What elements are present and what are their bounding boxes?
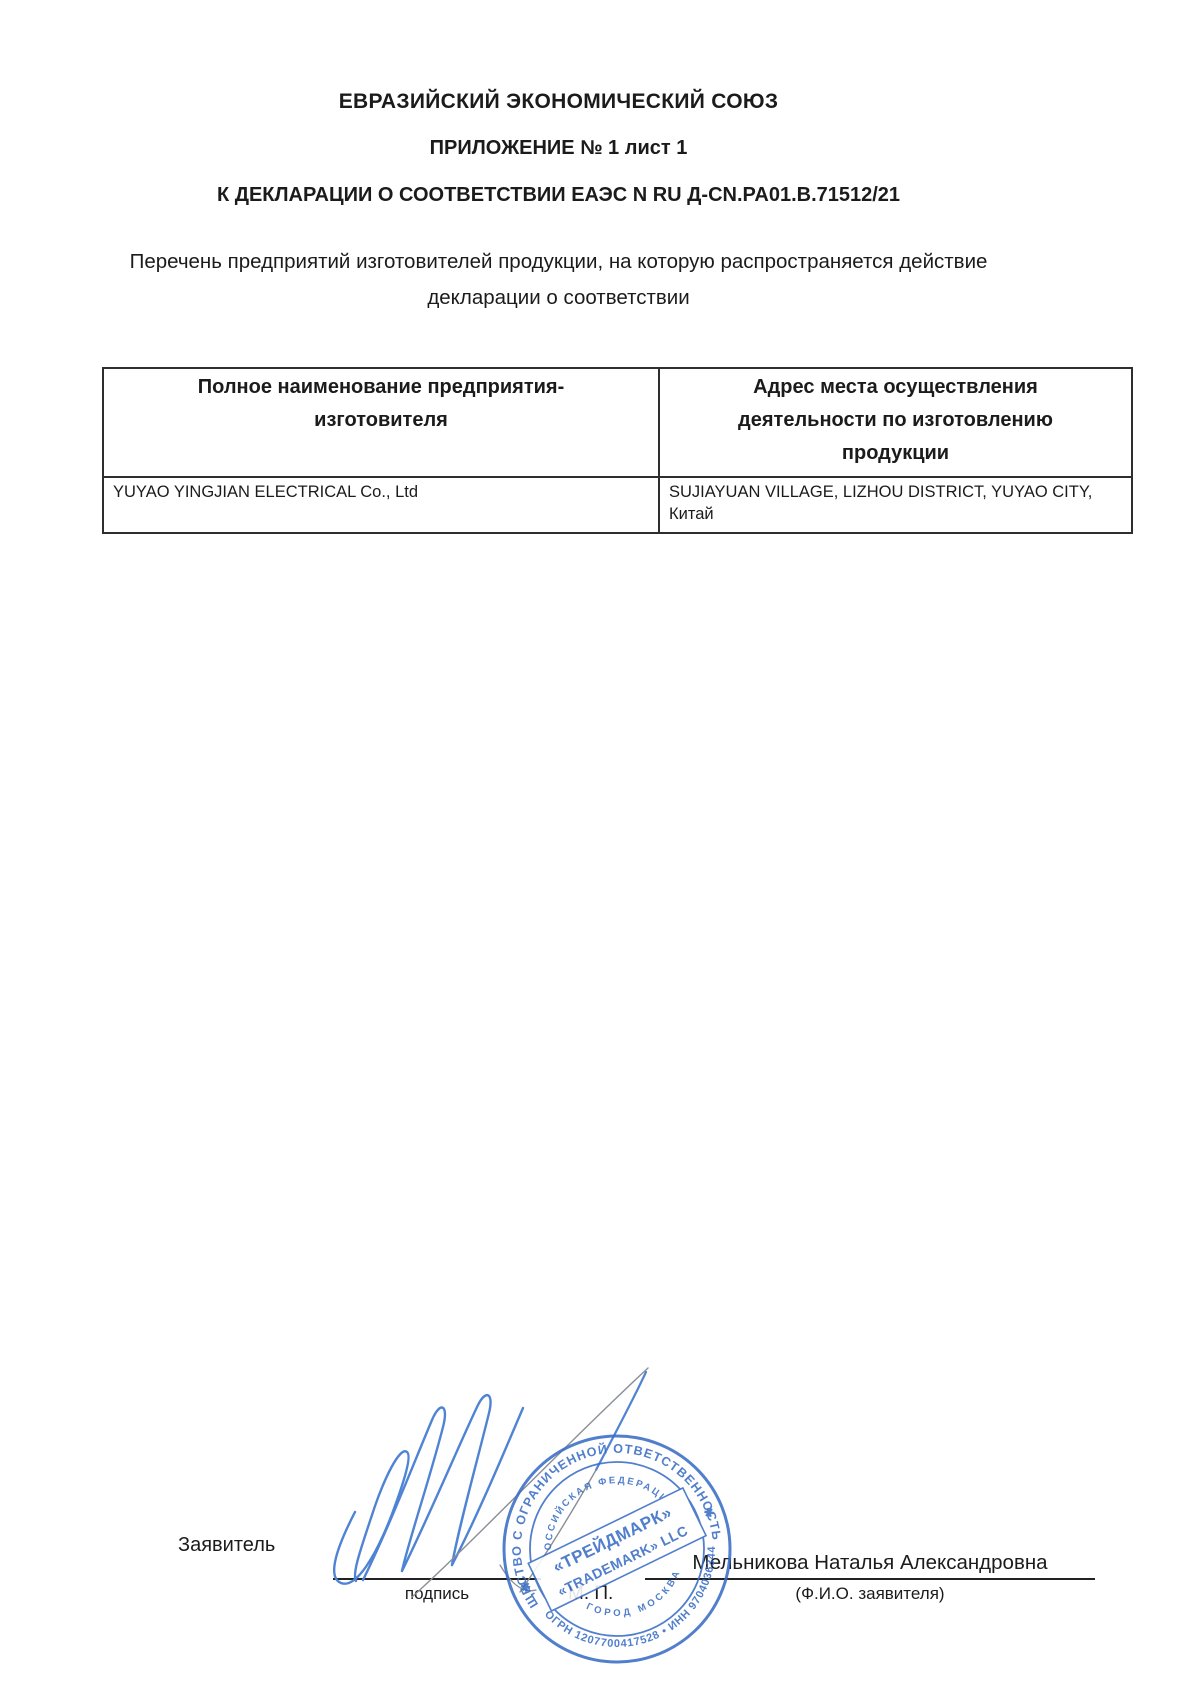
table-row: YUYAO YINGJIAN ELECTRICAL Co., Ltd SUJIA… — [103, 477, 1132, 533]
manufacturer-name-cell: YUYAO YINGJIAN ELECTRICAL Co., Ltd — [103, 477, 659, 533]
company-stamp-seal: ОБЩЕСТВО С ОГРАНИЧЕННОЙ ОТВЕТСТВЕННОСТЬЮ… — [497, 1429, 737, 1669]
annex-subtitle: ПРИЛОЖЕНИЕ № 1 лист 1 — [100, 137, 1017, 160]
document-page: ЕВРАЗИЙСКИЙ ЭКОНОМИЧЕСКИЙ СОЮЗ ПРИЛОЖЕНИ… — [0, 0, 1200, 1697]
intro-text-line2: декларации о соответствии — [100, 286, 1017, 310]
declaration-number-line: К ДЕКЛАРАЦИИ О СООТВЕТСТВИИ ЕАЭС N RU Д-… — [100, 184, 1017, 207]
applicant-label: Заявитель — [178, 1534, 275, 1557]
manufacturers-table: Полное наименование предприятия-изготови… — [102, 367, 1133, 534]
column-header-address: Адрес места осуществления деятельности п… — [659, 368, 1132, 477]
table-header-row: Полное наименование предприятия-изготови… — [103, 368, 1132, 477]
intro-text-line1: Перечень предприятий изготовителей проду… — [100, 250, 1017, 274]
manufacturer-address-cell: SUJIAYUAN VILLAGE, LIZHOU DISTRICT, YUYA… — [659, 477, 1132, 533]
page-title: ЕВРАЗИЙСКИЙ ЭКОНОМИЧЕСКИЙ СОЮЗ — [100, 90, 1017, 114]
column-header-manufacturer: Полное наименование предприятия-изготови… — [103, 368, 659, 477]
